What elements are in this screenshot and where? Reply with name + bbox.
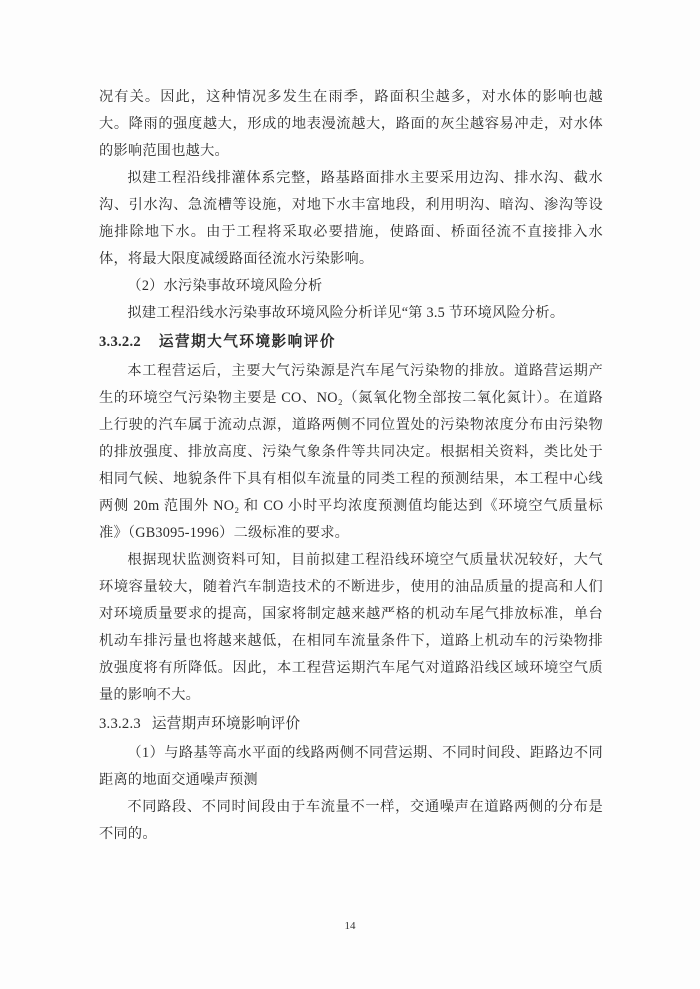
section-number: 3.3.2.3	[99, 716, 141, 732]
section-title: 运营期大气环境影响评价	[159, 334, 336, 350]
paragraph-air-quality-trend: 根据现状监测资料可知，目前拟建工程沿线环境空气质量状况较好，大气环境容量较大，随…	[99, 547, 603, 709]
paragraph-drainage-system: 拟建工程沿线排灌体系完整，路基路面排水主要采用边沟、排水沟、截水沟、引水沟、急流…	[99, 165, 603, 273]
section-heading-air-environment: 3.3.2.2运营期大气环境影响评价	[99, 329, 603, 356]
paragraph-water-pollution-risk-title: （2）水污染事故环境风险分析	[99, 273, 603, 300]
document-page: 况有关。因此，这种情况多发生在雨季，路面积尘越多，对水体的影响也越大。降雨的强度…	[0, 0, 700, 989]
paragraph-air-pollution-sources: 本工程营运后，主要大气污染源是汽车尾气污染物的排放。道路营运期产生的环境空气污染…	[99, 358, 603, 547]
section-heading-noise-environment: 3.3.2.3运营期声环境影响评价	[99, 711, 603, 738]
page-number: 14	[0, 920, 700, 932]
section-title: 运营期声环境影响评价	[152, 716, 300, 732]
paragraph-noise-distribution: 不同路段、不同时间段由于车流量不一样，交通噪声在道路两侧的分布是不同的。	[99, 794, 603, 848]
document-content: 况有关。因此，这种情况多发生在雨季，路面积尘越多，对水体的影响也越大。降雨的强度…	[99, 84, 603, 848]
paragraph-water-pollution-risk-ref: 拟建工程沿线水污染事故环境风险分析详见“第 3.5 节环境风险分析。	[99, 300, 603, 327]
paragraph-water-impact-continuation: 况有关。因此，这种情况多发生在雨季，路面积尘越多，对水体的影响也越大。降雨的强度…	[99, 84, 603, 165]
paragraph-noise-prediction-scope: （1）与路基等高水平面的线路两侧不同营运期、不同时间段、距路边不同距离的地面交通…	[99, 740, 603, 794]
section-number: 3.3.2.2	[99, 334, 141, 350]
